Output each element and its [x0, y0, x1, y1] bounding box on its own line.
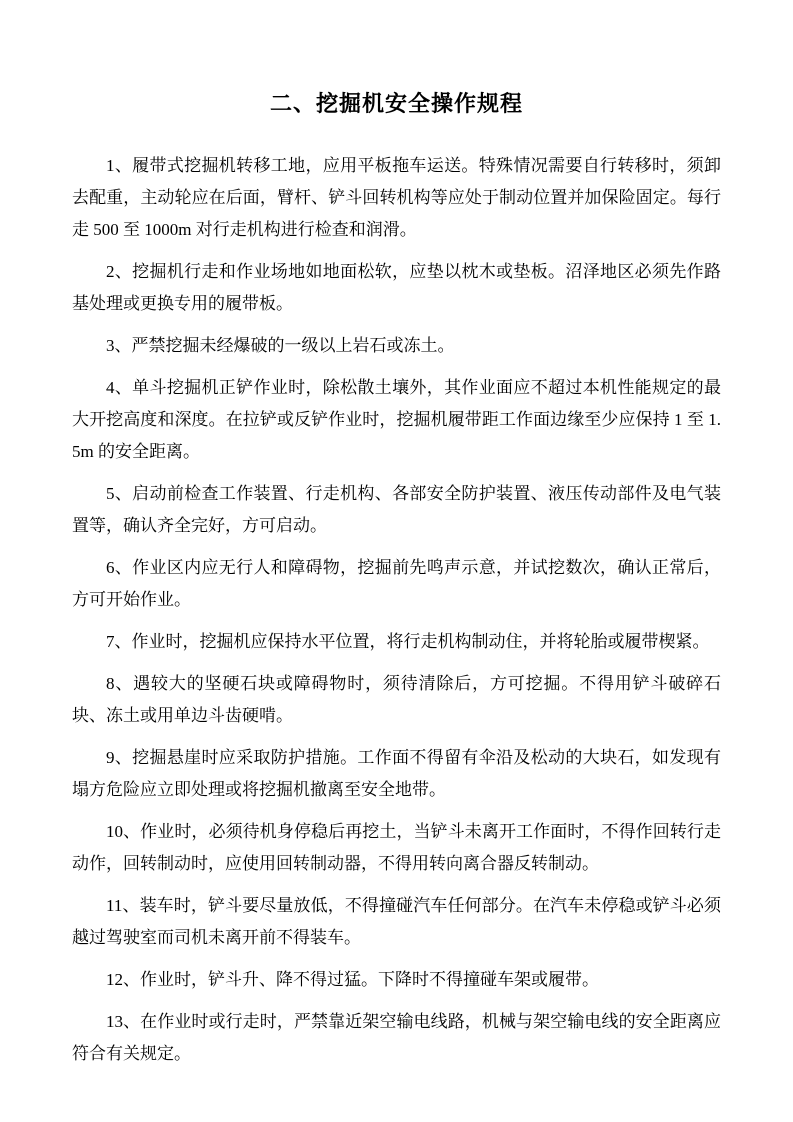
paragraph: 9、挖掘悬崖时应采取防护措施。工作面不得留有伞沿及松动的大块石，如发现有塌方危险…	[72, 742, 721, 806]
paragraph: 4、单斗挖掘机正铲作业时，除松散土壤外，其作业面应不超过本机性能规定的最大开挖高…	[72, 372, 721, 468]
paragraph: 10、作业时，必须待机身停稳后再挖土，当铲斗未离开工作面时，不得作回转行走动作，…	[72, 816, 721, 880]
document-body: 1、履带式挖掘机转移工地，应用平板拖车运送。特殊情况需要自行转移时，须卸去配重，…	[72, 150, 721, 1070]
paragraph: 12、作业时，铲斗升、降不得过猛。下降时不得撞碰车架或履带。	[72, 964, 721, 996]
paragraph: 7、作业时，挖掘机应保持水平位置，将行走机构制动住，并将轮胎或履带楔紧。	[72, 626, 721, 658]
paragraph: 13、在作业时或行走时，严禁靠近架空输电线路，机械与架空输电线的安全距离应符合有…	[72, 1006, 721, 1070]
document-page: 二、挖掘机安全操作规程 1、履带式挖掘机转移工地，应用平板拖车运送。特殊情况需要…	[0, 0, 793, 1122]
paragraph: 1、履带式挖掘机转移工地，应用平板拖车运送。特殊情况需要自行转移时，须卸去配重，…	[72, 150, 721, 246]
paragraph: 8、遇较大的坚硬石块或障碍物时，须待清除后，方可挖掘。不得用铲斗破碎石块、冻土或…	[72, 668, 721, 732]
paragraph: 6、作业区内应无行人和障碍物，挖掘前先鸣声示意，并试挖数次，确认正常后，方可开始…	[72, 552, 721, 616]
paragraph: 3、严禁挖掘未经爆破的一级以上岩石或冻土。	[72, 330, 721, 362]
document-title: 二、挖掘机安全操作规程	[72, 88, 721, 120]
paragraph: 5、启动前检查工作装置、行走机构、各部安全防护装置、液压传动部件及电气装置等，确…	[72, 478, 721, 542]
paragraph: 2、挖掘机行走和作业场地如地面松软，应垫以枕木或垫板。沼泽地区必须先作路基处理或…	[72, 256, 721, 320]
paragraph: 11、装车时，铲斗要尽量放低，不得撞碰汽车任何部分。在汽车未停稳或铲斗必须越过驾…	[72, 890, 721, 954]
